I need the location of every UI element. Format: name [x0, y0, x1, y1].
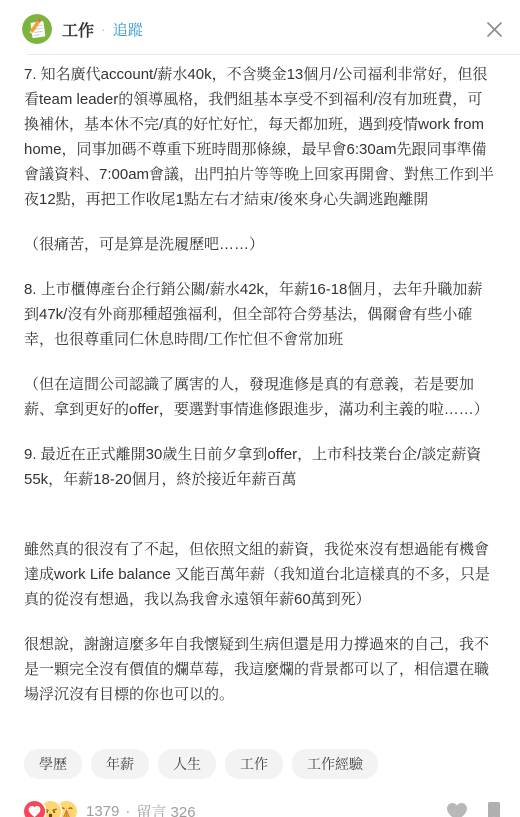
close-button[interactable]	[482, 17, 506, 41]
close-icon	[485, 20, 504, 39]
follow-button[interactable]: 追蹤	[113, 19, 143, 40]
post-header: 工作 · 追蹤	[0, 0, 520, 44]
board-name: 工作	[62, 18, 94, 41]
post-paragraph: 雖然真的很沒有了不起，但依照文組的薪資，我從來沒有想過能有機會達成work Li…	[24, 537, 496, 612]
post-paragraph: 8. 上市櫃傳產台企行銷公關/薪水42k，年薪16-18個月，去年升職加薪到47…	[24, 277, 496, 352]
title-separator: ·	[101, 21, 106, 37]
post-footer: 1379 · 留言 326	[24, 801, 502, 817]
post-paragraph: 9. 最近在正式離開30歲生日前夕拿到offer，上市科技業台企/談定薪資55k…	[24, 442, 496, 492]
comment-count: 留言 326	[136, 801, 195, 817]
post-paragraph: 很想說，謝謝這麼多年自我懷疑到生病但還是用力撐過來的自己，我不是一顆完全沒有價值…	[24, 632, 496, 707]
tag-pill-work-experience[interactable]: 工作經驗	[292, 749, 378, 779]
post-paragraph: （但在這間公司認識了厲害的人，發現進修是真的有意義，若是要加薪、拿到更好的off…	[24, 372, 496, 422]
tag-list: 學歷 年薪 人生 工作 工作經驗	[24, 749, 496, 779]
reaction-count: 1379	[86, 803, 119, 817]
board-avatar-icon	[22, 14, 52, 44]
post-modal: 工作 · 追蹤 7. 知名廣代account/薪水40k，不含獎金13個月/公司…	[0, 0, 520, 817]
like-button[interactable]	[446, 802, 468, 817]
tag-pill-education[interactable]: 學歷	[24, 749, 82, 779]
reaction-summary[interactable]: 1379 · 留言 326	[24, 801, 196, 817]
post-paragraph: 7. 知名廣代account/薪水40k，不含獎金13個月/公司福利非常好，但很…	[24, 62, 496, 212]
footer-actions	[446, 802, 502, 817]
love-reaction-icon	[24, 801, 45, 817]
bookmark-button[interactable]	[486, 802, 502, 817]
tag-pill-salary[interactable]: 年薪	[91, 749, 149, 779]
board-title-row: 工作 · 追蹤	[62, 18, 482, 41]
tag-pill-life[interactable]: 人生	[158, 749, 216, 779]
bookmark-icon	[486, 802, 502, 817]
meta-separator: ·	[125, 803, 130, 817]
heart-icon	[446, 802, 468, 817]
tag-pill-work[interactable]: 工作	[225, 749, 283, 779]
post-body: 7. 知名廣代account/薪水40k，不含獎金13個月/公司福利非常好，但很…	[0, 55, 520, 707]
post-paragraph: （很痛苦，可是算是洗履歷吧……）	[24, 232, 496, 257]
board-avatar[interactable]	[22, 14, 52, 44]
